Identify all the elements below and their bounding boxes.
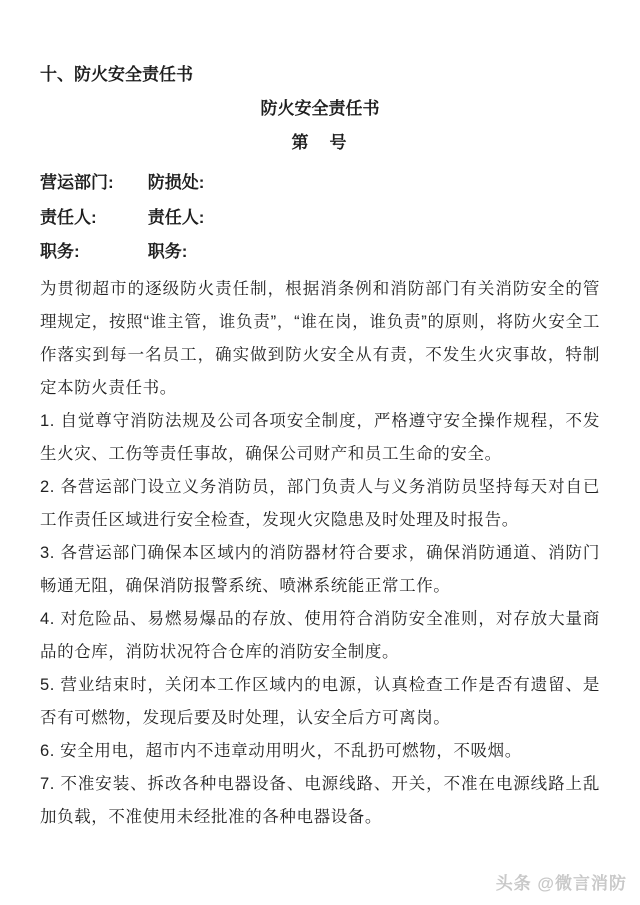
watermark-text: 头条 @微言消防 [496, 869, 627, 894]
position-right-label: 职务: [148, 242, 188, 261]
responsible-person-right-label: 责任人: [148, 208, 205, 227]
position-left-label: 职务: [40, 235, 143, 270]
form-row-responsible-person: 责任人: 责任人: [40, 201, 600, 236]
item-3: 3. 各营运部门确保本区域内的消防器材符合要求，确保消防通道、消防门畅通无阻，确… [40, 537, 600, 603]
document-page: 十、防火安全责任书 防火安全责任书 第 号 营运部门: 防损处: 责任人: 责任… [0, 0, 640, 905]
item-6: 6. 安全用电，超市内不违章动用明火，不乱扔可燃物，不吸烟。 [40, 735, 600, 768]
intro-paragraph: 为贯彻超市的逐级防火责任制，根据消条例和消防部门有关消防安全的管理规定，按照“谁… [40, 273, 600, 405]
responsible-person-left-label: 责任人: [40, 201, 143, 236]
header-form: 营运部门: 防损处: 责任人: 责任人: 职务: 职务: [40, 166, 600, 270]
item-4: 4. 对危险品、易燃易爆品的存放、使用符合消防安全准则，对存放大量商品的仓库，消… [40, 603, 600, 669]
item-5: 5. 营业结束时，关闭本工作区域内的电源，认真检查工作是否有遗留、是否有可燃物，… [40, 669, 600, 735]
form-row-department: 营运部门: 防损处: [40, 166, 600, 201]
form-row-position: 职务: 职务: [40, 235, 600, 270]
item-7: 7. 不准安装、拆改各种电器设备、电源线路、开关，不准在电源线路上乱加负载，不准… [40, 768, 600, 834]
document-title: 防火安全责任书 [40, 92, 600, 126]
section-heading: 十、防火安全责任书 [40, 58, 600, 92]
operations-department-label: 营运部门: [40, 166, 143, 201]
loss-prevention-label: 防损处: [148, 173, 205, 192]
item-1: 1. 自觉尊守消防法规及公司各项安全制度，严格遵守安全操作规程，不发生火灾、工伤… [40, 405, 600, 471]
document-number-line: 第 号 [40, 126, 600, 160]
item-2: 2. 各营运部门设立义务消防员，部门负责人与义务消防员坚持每天对自已工作责任区域… [40, 471, 600, 537]
